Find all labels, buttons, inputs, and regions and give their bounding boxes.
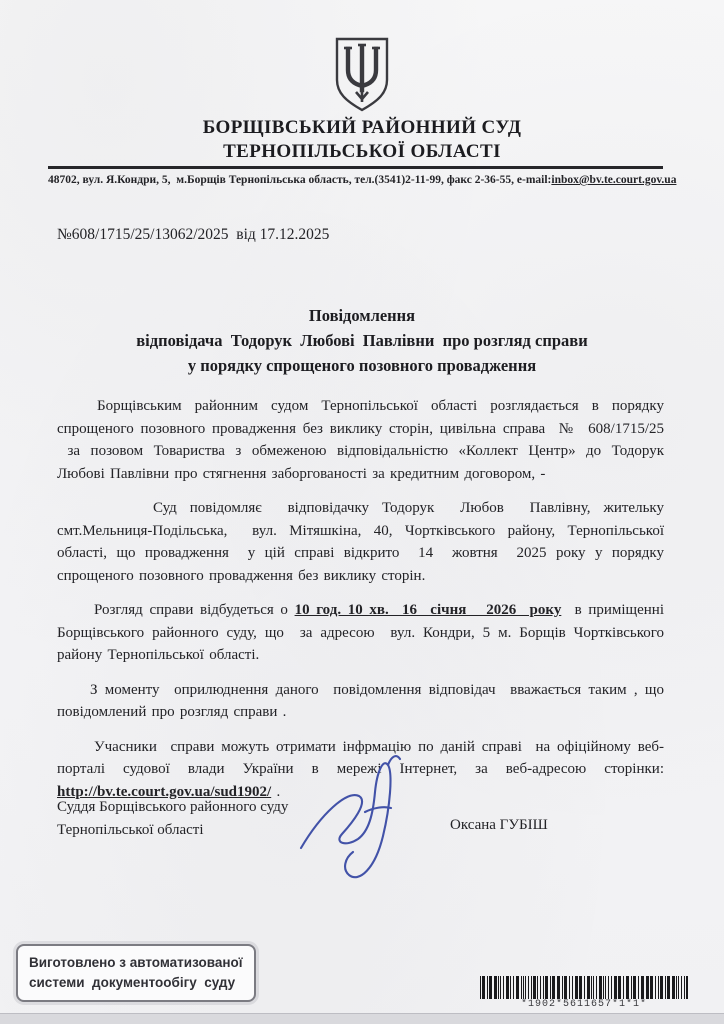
header-divider-rule (48, 166, 663, 169)
barcode-caption: *1902*5611657*1*1* (480, 999, 688, 1010)
court-address-line: 48702, вул. Я.Кондри, 5, м.Борщів Терноп… (48, 173, 664, 188)
stamp-line2: системи документообігу суду (29, 973, 243, 993)
stamp-line1: Виготовлено з автоматизованої (29, 953, 243, 973)
paragraph-deemed-notified: З моменту оприлюднення даного повідомлен… (57, 679, 664, 724)
hearing-date-pre: Розгляд справи відбудеться о (94, 602, 295, 618)
barcode: *1902*5611657*1*1* (480, 976, 688, 1010)
court-name-line2: ТЕРНОПІЛЬСЬКОЇ ОБЛАСТІ (0, 140, 724, 164)
ukraine-trident-emblem-icon (330, 36, 394, 119)
paragraph-hearing-date: Розгляд справи відбудеться о 10 год. 10 … (57, 599, 664, 667)
document-title: Повідомлення відповідача Тодорук Любові … (0, 303, 724, 378)
title-line3: у порядку спрощеного позовного проваджен… (0, 353, 724, 378)
automated-system-stamp: Виготовлено з автоматизованої системи до… (16, 944, 256, 1002)
judge-name: Оксана ГУБІШ (450, 814, 548, 837)
paragraph-notification: Суд повідомляє відповідачку Тодорук Любо… (57, 497, 664, 587)
scanned-court-document: БОРЩІВСЬКИЙ РАЙОННИЙ СУД ТЕРНОПІЛЬСЬКОЇ … (0, 0, 724, 1024)
address-text: 48702, вул. Я.Кондри, 5, м.Борщів Терноп… (48, 174, 551, 186)
title-line1: Повідомлення (0, 303, 724, 328)
title-line2: відповідача Тодорук Любові Павлівни про … (0, 328, 724, 353)
barcode-bars-icon (480, 976, 688, 999)
case-reference-line: №608/1715/25/13062/2025 від 17.12.2025 (57, 226, 329, 244)
paragraph-case-description: Борщівським районним судом Тернопільсько… (57, 395, 664, 485)
scan-bottom-edge (0, 1013, 724, 1024)
handwritten-signature-icon (295, 752, 455, 887)
court-email-link[interactable]: inbox@bv.te.court.gov.ua (551, 174, 676, 186)
court-name-heading: БОРЩІВСЬКИЙ РАЙОННИЙ СУД ТЕРНОПІЛЬСЬКОЇ … (0, 116, 724, 164)
court-name-line1: БОРЩІВСЬКИЙ РАЙОННИЙ СУД (0, 116, 724, 140)
hearing-date-highlight: 10 год. 10 хв. 16 січня 2026 року (295, 602, 562, 618)
